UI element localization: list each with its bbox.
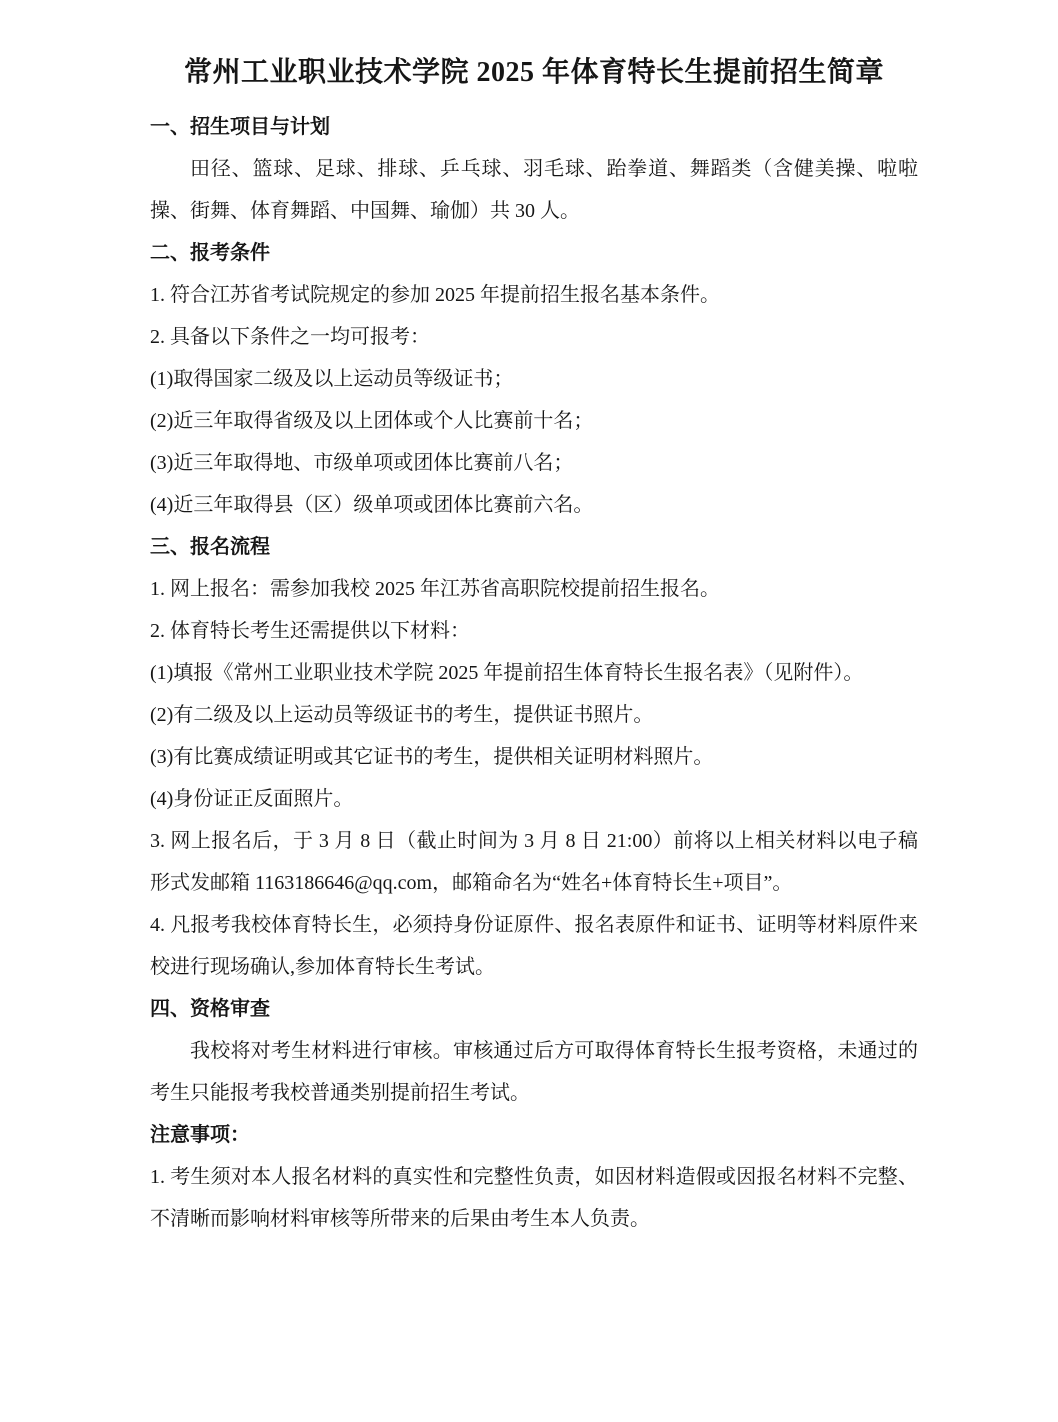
notes-item-1: 1. 考生须对本人报名材料的真实性和完整性负责，如因材料造假或因报名材料不完整、… [150,1156,918,1240]
section3-item-3: (1)填报《常州工业职业技术学院 2025 年提前招生体育特长生报名表》（见附件… [150,652,918,694]
section2-item-6: (4)近三年取得县（区）级单项或团体比赛前六名。 [150,484,918,526]
section1-heading: 一、招生项目与计划 [150,106,918,148]
section3-item-8: 4. 凡报考我校体育特长生，必须持身份证原件、报名表原件和证书、证明等材料原件来… [150,904,918,988]
section3-item-5: (3)有比赛成绩证明或其它证书的考生，提供相关证明材料照片。 [150,736,918,778]
section2-item-5: (3)近三年取得地、市级单项或团体比赛前八名； [150,442,918,484]
section3-item-6: (4)身份证正反面照片。 [150,778,918,820]
section1-body: 田径、篮球、足球、排球、乒乓球、羽毛球、跆拳道、舞蹈类（含健美操、啦啦操、街舞、… [150,148,918,232]
section2-heading: 二、报考条件 [150,232,918,274]
section3-item-2: 2. 体育特长考生还需提供以下材料： [150,610,918,652]
section2-item-1: 1. 符合江苏省考试院规定的参加 2025 年提前招生报名基本条件。 [150,274,918,316]
section4-heading: 四、资格审查 [150,988,918,1030]
section3-item-1: 1. 网上报名：需参加我校 2025 年江苏省高职院校提前招生报名。 [150,568,918,610]
section2-item-2: 2. 具备以下条件之一均可报考： [150,316,918,358]
section3-item-7: 3. 网上报名后，于 3 月 8 日（截止时间为 3 月 8 日 21:00）前… [150,820,918,904]
section4-body: 我校将对考生材料进行审核。审核通过后方可取得体育特长生报考资格，未通过的考生只能… [150,1030,918,1114]
document-page: 常州工业职业技术学院 2025 年体育特长生提前招生简章 一、招生项目与计划 田… [0,0,1058,1422]
section2-item-4: (2)近三年取得省级及以上团体或个人比赛前十名； [150,400,918,442]
document-title: 常州工业职业技术学院 2025 年体育特长生提前招生简章 [150,50,918,96]
section3-item-4: (2)有二级及以上运动员等级证书的考生，提供证书照片。 [150,694,918,736]
notes-heading: 注意事项： [150,1114,918,1156]
section3-heading: 三、报名流程 [150,526,918,568]
section2-item-3: (1)取得国家二级及以上运动员等级证书； [150,358,918,400]
